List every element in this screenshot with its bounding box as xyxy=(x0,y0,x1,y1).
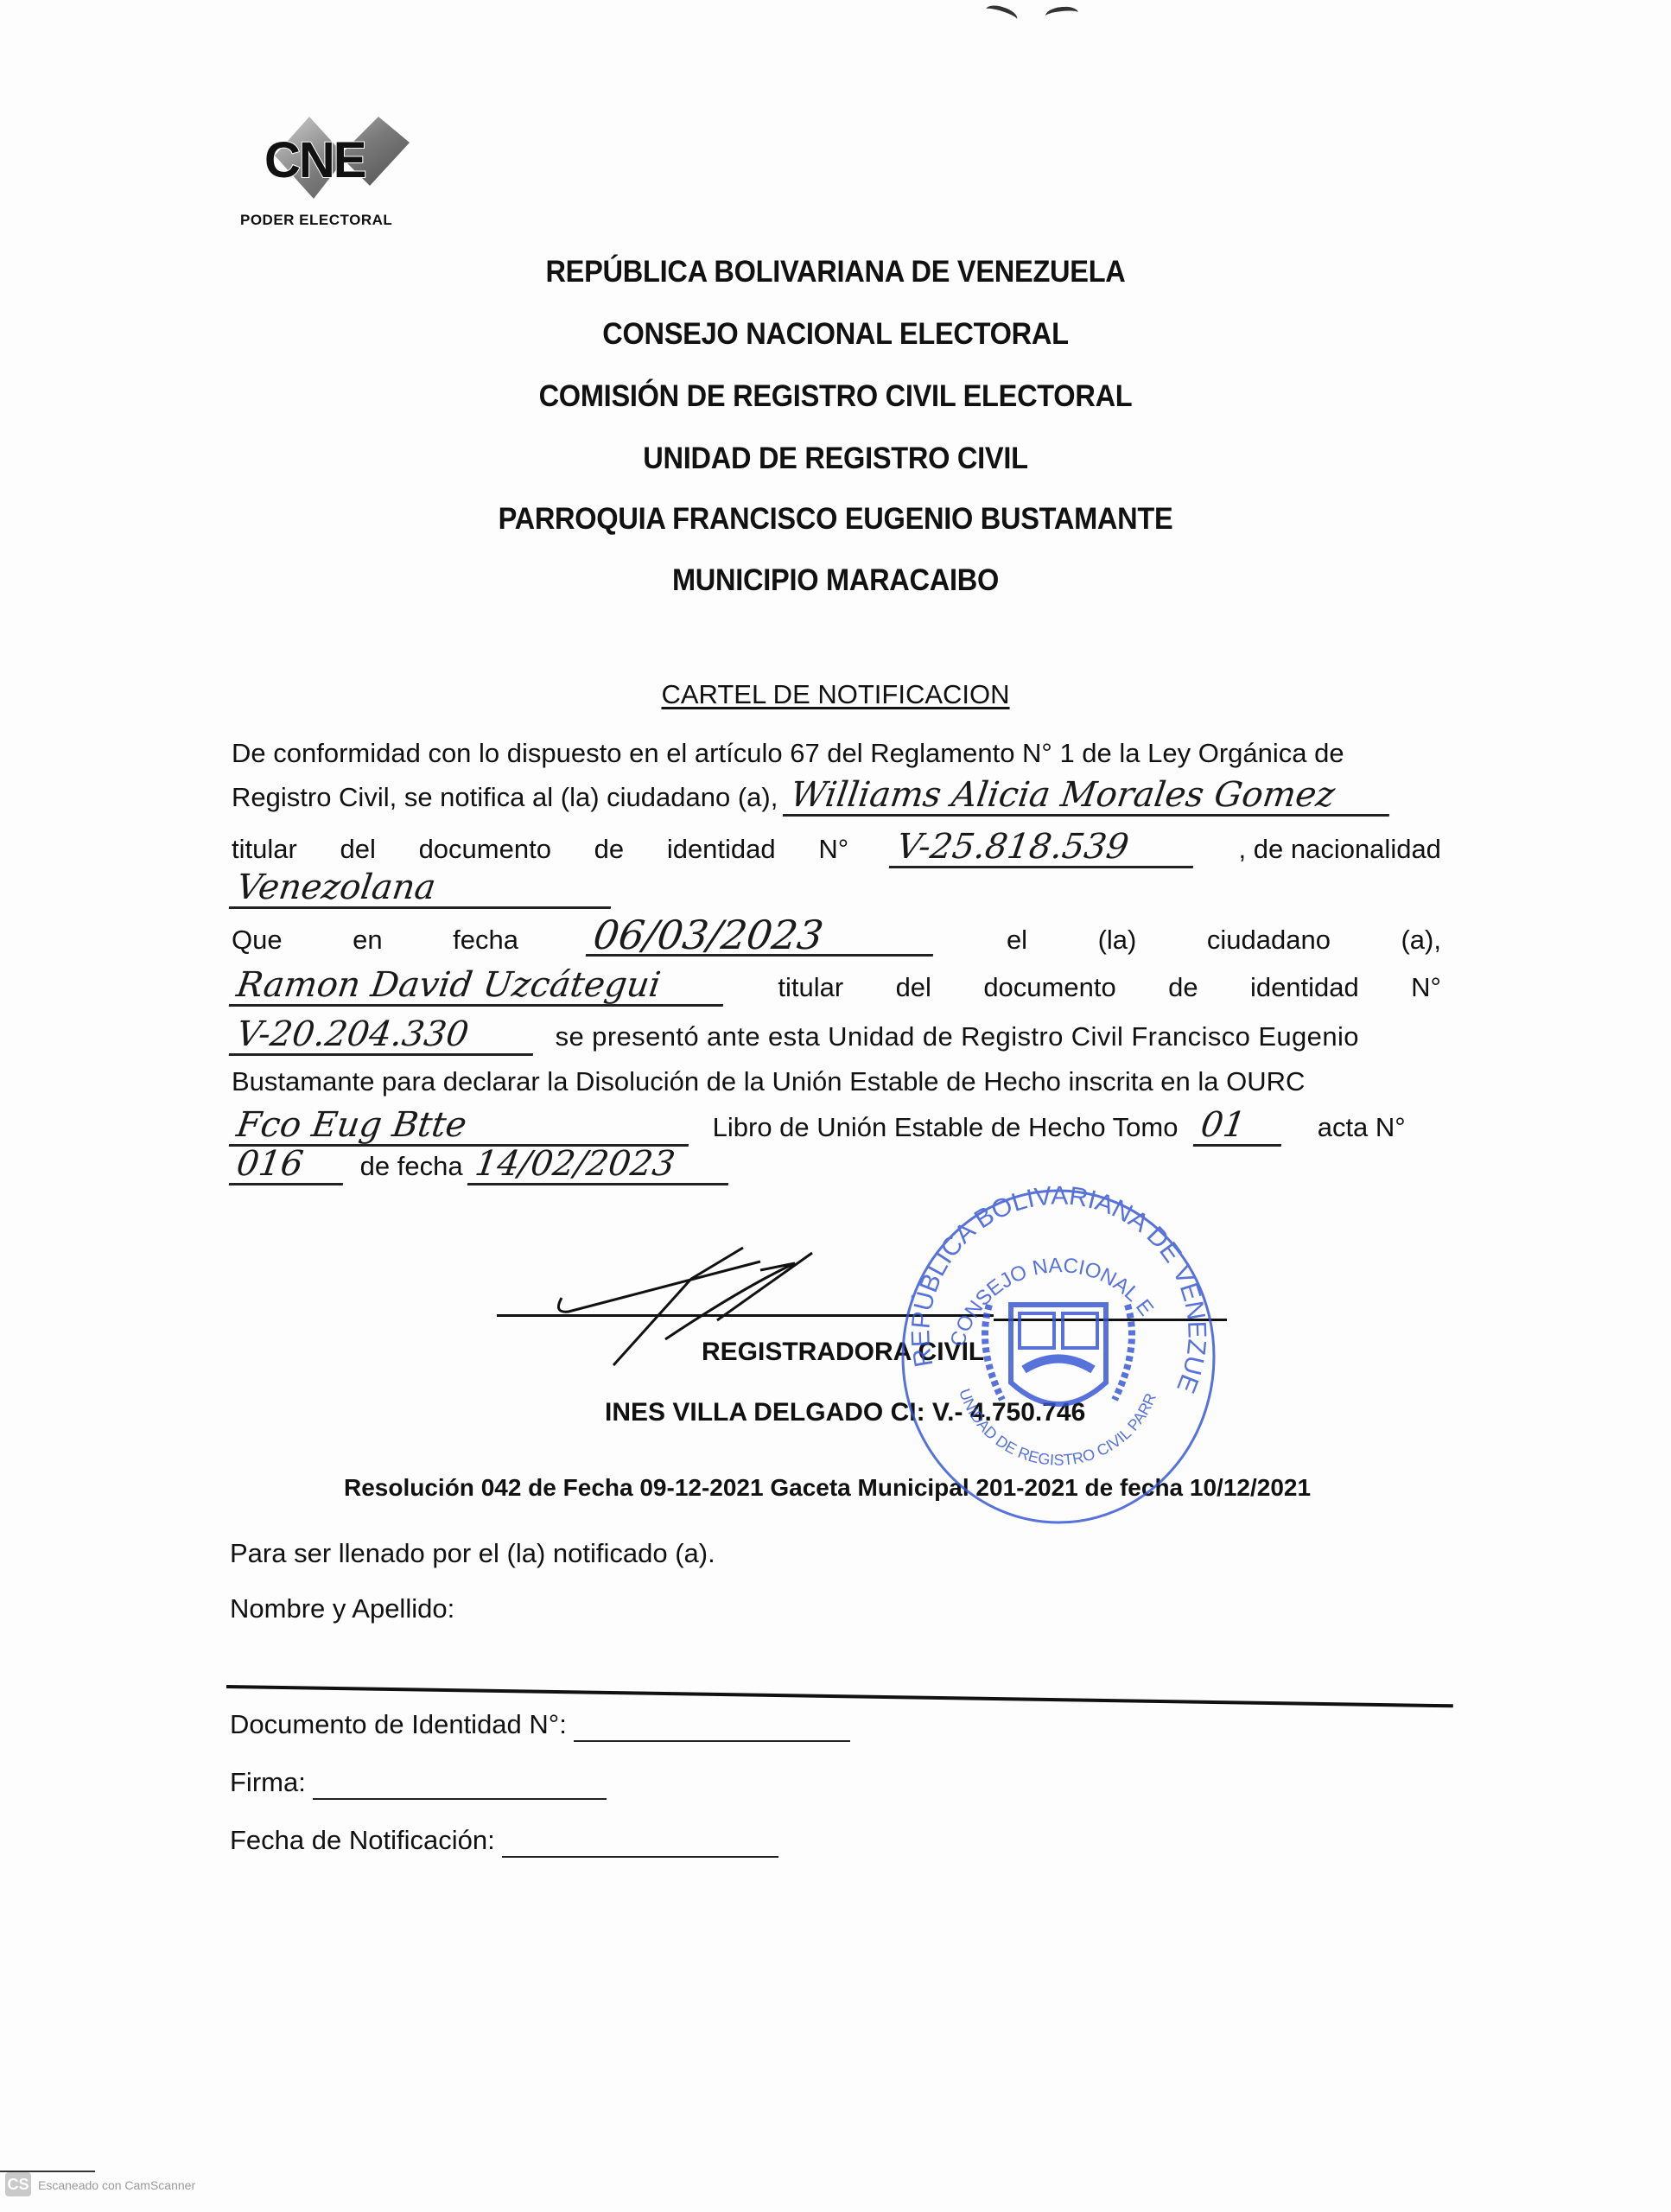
staple-mark xyxy=(1045,5,1079,23)
official-stamp: REPÚBLICA BOLIVARIANA DE VENEZUELA CONSE… xyxy=(881,1175,1227,1529)
tomo-field[interactable]: 01 xyxy=(1193,1106,1287,1147)
heading-cne: CONSEJO NACIONAL ELECTORAL xyxy=(59,317,1613,352)
word: del xyxy=(340,834,376,865)
acta-date-field[interactable]: 14/02/2023 xyxy=(467,1145,734,1185)
declarant-id-field[interactable]: V-20.204.330 xyxy=(229,1015,539,1056)
logo-caption: PODER ELECTORAL xyxy=(240,212,392,229)
word: titular xyxy=(232,834,297,865)
body-text: se presentó ante esta Unidad de Registro… xyxy=(556,1021,1359,1052)
word: de xyxy=(594,834,624,865)
camscanner-logo-icon: CS xyxy=(5,2172,31,2196)
word: N° xyxy=(818,834,848,865)
stamp-seal-icon: REPÚBLICA BOLIVARIANA DE VENEZUELA CONSE… xyxy=(881,1175,1227,1529)
heading-republic: REPÚBLICA BOLIVARIANA DE VENEZUELA xyxy=(59,255,1613,289)
body-line-3: titular del documento de identidad N° V-… xyxy=(232,828,1441,868)
camscanner-watermark: Escaneado con CamScanner xyxy=(38,2178,195,2192)
body-line-4: Venezolana xyxy=(232,868,1441,909)
word: el xyxy=(1007,925,1027,956)
word: , de nacionalidad xyxy=(1239,834,1441,865)
declarant-name-field[interactable]: Ramon David Uzcátegui xyxy=(229,966,729,1007)
body-line-1: De conformidad con lo dispuesto en el ar… xyxy=(232,738,1441,769)
id-label: Documento de Identidad N°: xyxy=(230,1709,850,1742)
word: (la) xyxy=(1098,925,1137,956)
body-text: Libro de Unión Estable de Hecho Tomo xyxy=(713,1112,1179,1142)
word: Que xyxy=(232,925,283,956)
notification-date-input-line[interactable] xyxy=(502,1825,778,1858)
word: identidad xyxy=(667,834,776,865)
body-text: Registro Civil, se notifica al (la) ciud… xyxy=(232,782,778,812)
body-text: acta N° xyxy=(1318,1112,1406,1142)
body-line-9: Fco Eug Btte Libro de Unión Estable de H… xyxy=(232,1106,1441,1147)
id-input-line[interactable] xyxy=(574,1709,850,1742)
name-label: Nombre y Apellido: xyxy=(230,1593,454,1624)
staple-mark xyxy=(983,3,1019,27)
word: identidad xyxy=(1250,972,1359,1003)
notified-id-field[interactable]: V-25.818.539 xyxy=(889,828,1199,868)
word: ciudadano xyxy=(1207,925,1331,956)
signature-label: Firma: xyxy=(230,1767,607,1800)
acta-number-field[interactable]: 016 xyxy=(229,1145,349,1185)
word: en xyxy=(353,925,382,956)
heading-commission: COMISIÓN DE REGISTRO CIVIL ELECTORAL xyxy=(59,379,1613,414)
heading-unit: UNIDAD DE REGISTRO CIVIL xyxy=(59,442,1613,476)
word: (a), xyxy=(1401,925,1441,956)
svg-text:CNE: CNE xyxy=(264,132,365,188)
ourc-field[interactable]: Fco Eug Btte xyxy=(229,1106,695,1147)
word: titular xyxy=(778,972,843,1003)
notification-date-label-text: Fecha de Notificación: xyxy=(230,1825,495,1855)
body-line-7: V-20.204.330 se presentó ante esta Unida… xyxy=(232,1015,1441,1056)
body-line-2: Registro Civil, se notifica al (la) ciud… xyxy=(232,776,1441,817)
cne-logo: CNE PODER ELECTORAL xyxy=(240,108,413,233)
word: de xyxy=(1168,972,1198,1003)
cne-logo-icon: CNE xyxy=(240,108,413,207)
signature-label-text: Firma: xyxy=(230,1767,306,1797)
heading-parish: PARROQUIA FRANCISCO EUGENIO BUSTAMANTE xyxy=(59,502,1613,537)
body-line-5: Que en fecha 06/03/2023 el (la) ciudadan… xyxy=(232,916,1441,957)
id-label-text: Documento de Identidad N°: xyxy=(230,1709,567,1739)
word: documento xyxy=(983,972,1115,1003)
heading-municipality: MUNICIPIO MARACAIBO xyxy=(59,563,1613,598)
word: documento xyxy=(419,834,551,865)
notification-date-label: Fecha de Notificación: xyxy=(230,1825,778,1858)
name-input-line[interactable] xyxy=(226,1685,1453,1707)
form-intro: Para ser llenado por el (la) notificado … xyxy=(230,1538,715,1569)
presentation-date-field[interactable]: 06/03/2023 xyxy=(586,916,939,957)
word: fecha xyxy=(453,925,518,956)
body-line-10: 016 de fecha 14/02/2023 xyxy=(232,1145,1441,1185)
nationality-field[interactable]: Venezolana xyxy=(229,868,617,909)
signature-input-line[interactable] xyxy=(313,1767,607,1800)
word: del xyxy=(896,972,931,1003)
body-line-8: Bustamante para declarar la Disolución d… xyxy=(232,1066,1441,1097)
notified-name-field[interactable]: Williams Alicia Morales Gomez xyxy=(783,776,1395,817)
document-title: CARTEL DE NOTIFICACION xyxy=(0,679,1671,710)
body-line-6: Ramon David Uzcátegui titular del docume… xyxy=(232,966,1441,1007)
word: N° xyxy=(1411,972,1441,1003)
body-text: de fecha xyxy=(360,1151,463,1181)
